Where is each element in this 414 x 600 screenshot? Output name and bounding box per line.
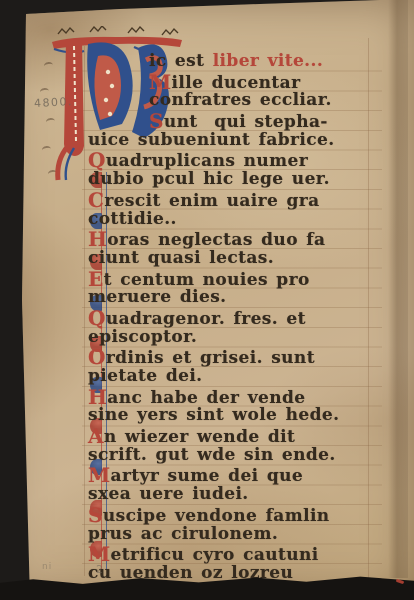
- lombardic-initial: H: [88, 385, 107, 409]
- manuscript-line: Ordinis et grisei. sunt: [88, 347, 388, 367]
- lombardic-initial: A: [88, 424, 104, 448]
- line-text: ciunt quasi lectas.: [88, 248, 274, 268]
- lombardic-initial: M: [149, 70, 172, 94]
- manuscript-line: episcoptor.: [88, 328, 388, 348]
- line-text: meruere dies.: [88, 287, 226, 307]
- manuscript-line: sine yers sint wole hede.: [88, 406, 388, 426]
- manuscript-line: Crescit enim uaire gra: [88, 190, 388, 210]
- manuscript-line: uice subueniunt fabrice.: [88, 131, 388, 151]
- manuscript-line: pietate dei.: [88, 367, 388, 387]
- text-block: ic est liber vite...Mille ducentarconfra…: [88, 52, 388, 584]
- manuscript-line: Quadragenor. fres. et: [88, 308, 388, 328]
- lombardic-initial: Q: [88, 306, 106, 330]
- line-text: uice subueniunt fabrice.: [88, 130, 335, 150]
- margin-squiggle: [40, 87, 50, 95]
- pencil-shelfmark: 4800.: [34, 95, 74, 110]
- pencil-mark: ni: [42, 562, 52, 572]
- manuscript-line: meruere dies.: [88, 288, 388, 308]
- line-text: scrift. gut wde sin ende.: [88, 445, 336, 465]
- manuscript-line: cottidie..: [88, 210, 388, 230]
- lombardic-initial: S: [88, 503, 103, 527]
- lombardic-initial: E: [88, 267, 104, 291]
- manuscript-line: sxea uere iudei.: [88, 485, 388, 505]
- line-text: pietate dei.: [88, 366, 203, 386]
- manuscript-line: Hanc habe der vende: [88, 387, 388, 407]
- manuscript-line: Suscipe vendone famlin: [88, 505, 388, 525]
- lombardic-initial: S: [149, 109, 164, 133]
- manuscript-line: ic est liber vite...: [88, 52, 388, 72]
- rubric-text: liber vite...: [213, 51, 323, 71]
- line-text: confratres eccliar.: [149, 90, 332, 110]
- lombardic-initial: H: [88, 227, 107, 251]
- pencil-mark: 2: [96, 563, 103, 576]
- manuscript-line: Horas neglectas duo fa: [88, 229, 388, 249]
- manuscript-line: prus ac cirulonem.: [88, 525, 388, 545]
- manuscript-line: confratres eccliar.: [88, 91, 388, 111]
- manuscript-photo: ic est liber vite...Mille ducentarconfra…: [0, 0, 414, 600]
- manuscript-line: Et centum nouies pro: [88, 269, 388, 289]
- manuscript-line: dubio pcul hic lege uer.: [88, 170, 388, 190]
- line-text: sxea uere iudei.: [88, 484, 249, 504]
- line-text: ic est: [149, 51, 213, 71]
- lombardic-initial: C: [88, 188, 104, 212]
- lombardic-initial: O: [88, 345, 106, 369]
- manuscript-line: scrift. gut wde sin ende.: [88, 446, 388, 466]
- manuscript-line: Metrificu cyro cautuni: [88, 544, 388, 564]
- manuscript-line: An wiezer wende dit: [88, 426, 388, 446]
- line-text: sine yers sint wole hede.: [88, 405, 339, 425]
- manuscript-line: Martyr sume dei que: [88, 465, 388, 485]
- line-text: prus ac cirulonem.: [88, 524, 278, 544]
- manuscript-line: Sunt qui stepha-: [88, 111, 388, 131]
- lombardic-initial: Q: [88, 148, 106, 172]
- line-text: dubio pcul hic lege uer.: [88, 169, 330, 189]
- lombardic-initial: M: [88, 463, 111, 487]
- manuscript-line: Mille ducentar: [88, 72, 388, 92]
- page-edge-fold-shadow: [388, 0, 408, 578]
- manuscript-line: ciunt quasi lectas.: [88, 249, 388, 269]
- manuscript-line: Quadruplicans numer: [88, 150, 388, 170]
